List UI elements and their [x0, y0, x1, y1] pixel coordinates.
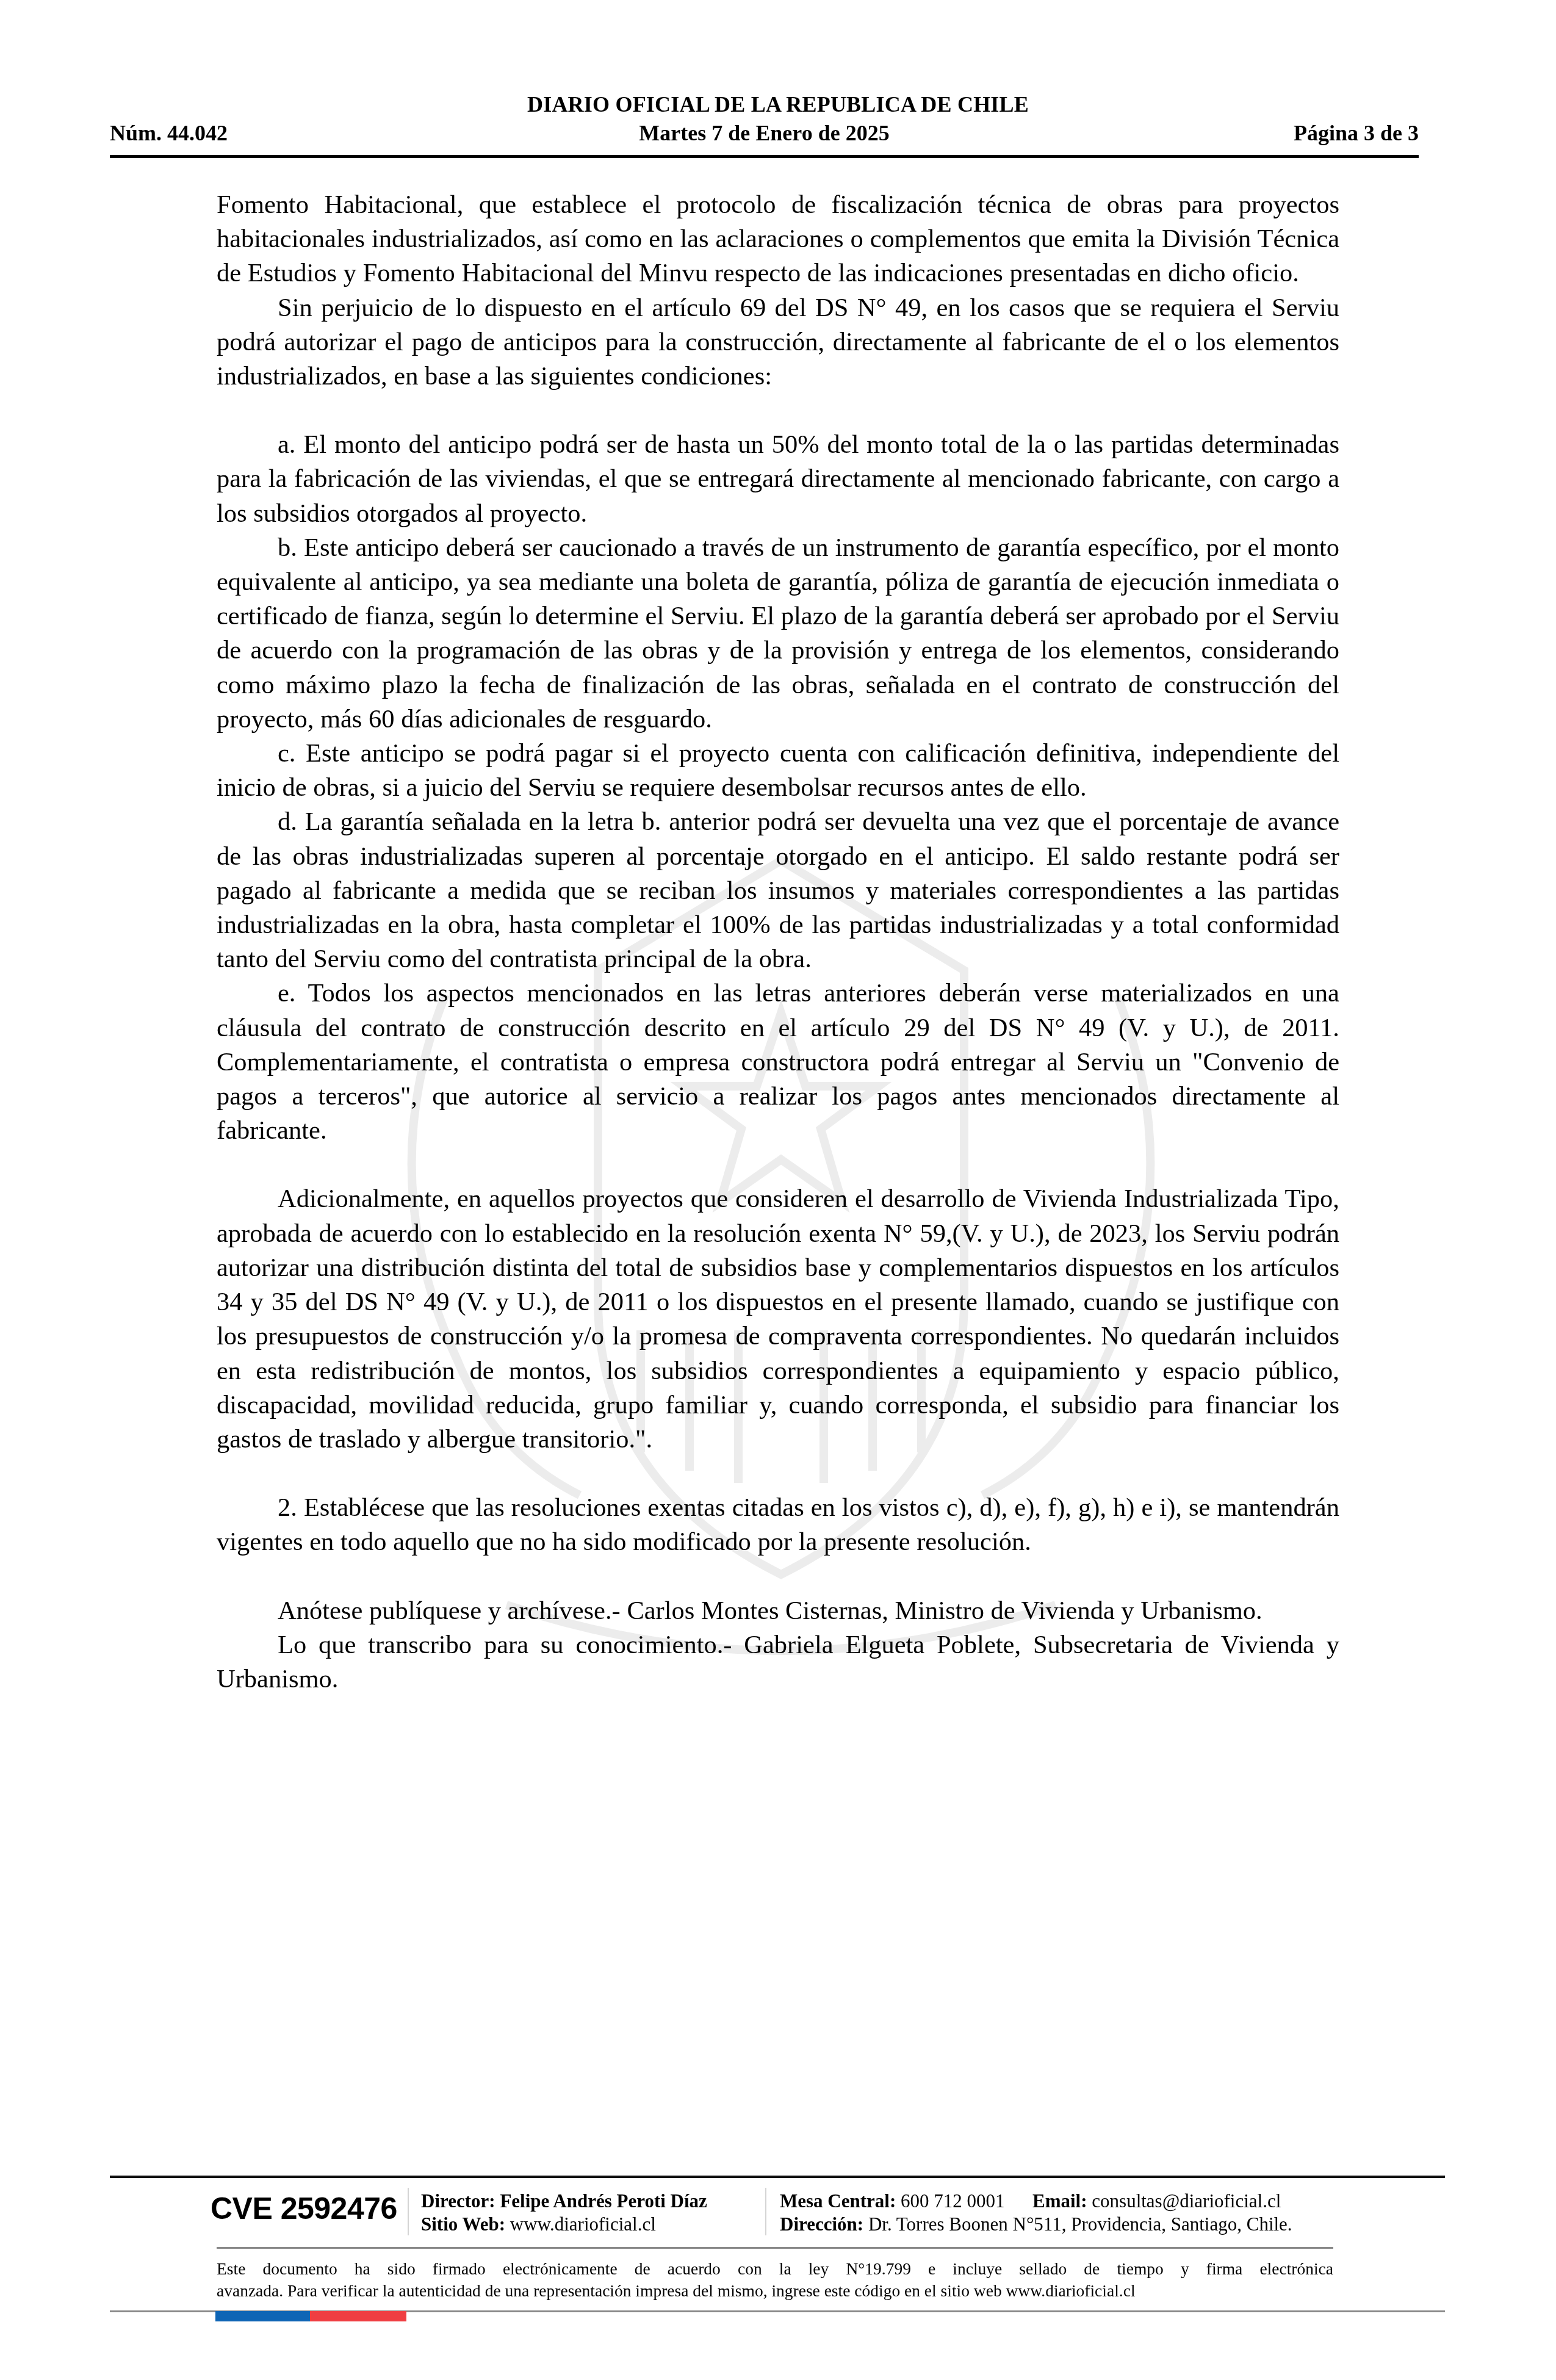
flag-stripe-blue [215, 2311, 310, 2321]
phone-number: 600 712 0001 [901, 2190, 1005, 2212]
paragraph-adicionalmente: Adicionalmente, en aquellos proyectos qu… [217, 1182, 1339, 1457]
director-label: Director: [421, 2190, 495, 2212]
signature-minister: Anótese publíquese y archívese.- Carlos … [217, 1594, 1339, 1628]
footer-contact-block: Mesa Central: 600 712 0001 Email: consul… [780, 2190, 1292, 2236]
condition-b: b. Este anticipo deberá ser caucionado a… [217, 531, 1339, 737]
signature-undersecretary: Lo que transcribo para su conocimiento.-… [217, 1628, 1339, 1697]
director-name: Felipe Andrés Peroti Díaz [500, 2190, 707, 2212]
address-line: Dirección: Dr. Torres Boonen N°511, Prov… [780, 2213, 1292, 2236]
publication-title: DIARIO OFICIAL DE LA REPUBLICA DE CHILE [0, 92, 1556, 117]
condition-a: a. El monto del anticipo podrá ser de ha… [217, 428, 1339, 531]
flag-stripe-red [310, 2311, 406, 2321]
footer-vertical-divider [408, 2188, 409, 2235]
website-link[interactable]: www.diarioficial.cl [510, 2213, 656, 2235]
paragraph-anticipos: Sin perjuicio de lo dispuesto en el artí… [217, 291, 1339, 394]
address-label: Dirección: [780, 2213, 863, 2235]
legal-line-1: Este documento ha sido firmado electróni… [217, 2258, 1333, 2280]
spacer [217, 1457, 1339, 1491]
condition-c: c. Este anticipo se podrá pagar si el pr… [217, 737, 1339, 805]
electronic-signature-notice: Este documento ha sido firmado electróni… [217, 2258, 1333, 2302]
footer-director-block: Director: Felipe Andrés Peroti Díaz Siti… [421, 2190, 707, 2236]
spacer [217, 394, 1339, 428]
resolution-point-2: 2. Establécese que las resoluciones exen… [217, 1491, 1339, 1559]
condition-d: d. La garantía señalada en la letra b. a… [217, 805, 1339, 976]
legal-line-2: avanzada. Para verificar la autenticidad… [217, 2280, 1333, 2302]
website-label: Sitio Web: [421, 2213, 505, 2235]
header-meta-row: Núm. 44.042 Martes 7 de Enero de 2025 Pá… [110, 120, 1419, 150]
website-line: Sitio Web: www.diarioficial.cl [421, 2213, 707, 2236]
header-divider [110, 155, 1419, 158]
footer-middle-divider [217, 2247, 1333, 2249]
cve-code: CVE 2592476 [211, 2191, 397, 2226]
address-value: Dr. Torres Boonen N°511, Providencia, Sa… [868, 2213, 1292, 2235]
director-line: Director: Felipe Andrés Peroti Díaz [421, 2190, 707, 2213]
issue-date: Martes 7 de Enero de 2025 [110, 120, 1419, 146]
spacer [217, 1148, 1339, 1182]
condition-e: e. Todos los aspectos mencionados en las… [217, 976, 1339, 1148]
contact-line: Mesa Central: 600 712 0001 Email: consul… [780, 2190, 1292, 2213]
phone-label: Mesa Central: [780, 2190, 896, 2212]
paragraph-continuation: Fomento Habitacional, que establece el p… [217, 188, 1339, 291]
page-number: Página 3 de 3 [1294, 120, 1419, 146]
footer-top-divider [110, 2176, 1445, 2178]
footer-vertical-divider [765, 2188, 766, 2235]
document-body: Fomento Habitacional, que establece el p… [217, 188, 1339, 1697]
email-label: Email: [1032, 2190, 1087, 2212]
spacer [217, 1560, 1339, 1594]
email-link[interactable]: consultas@diarioficial.cl [1092, 2190, 1281, 2212]
